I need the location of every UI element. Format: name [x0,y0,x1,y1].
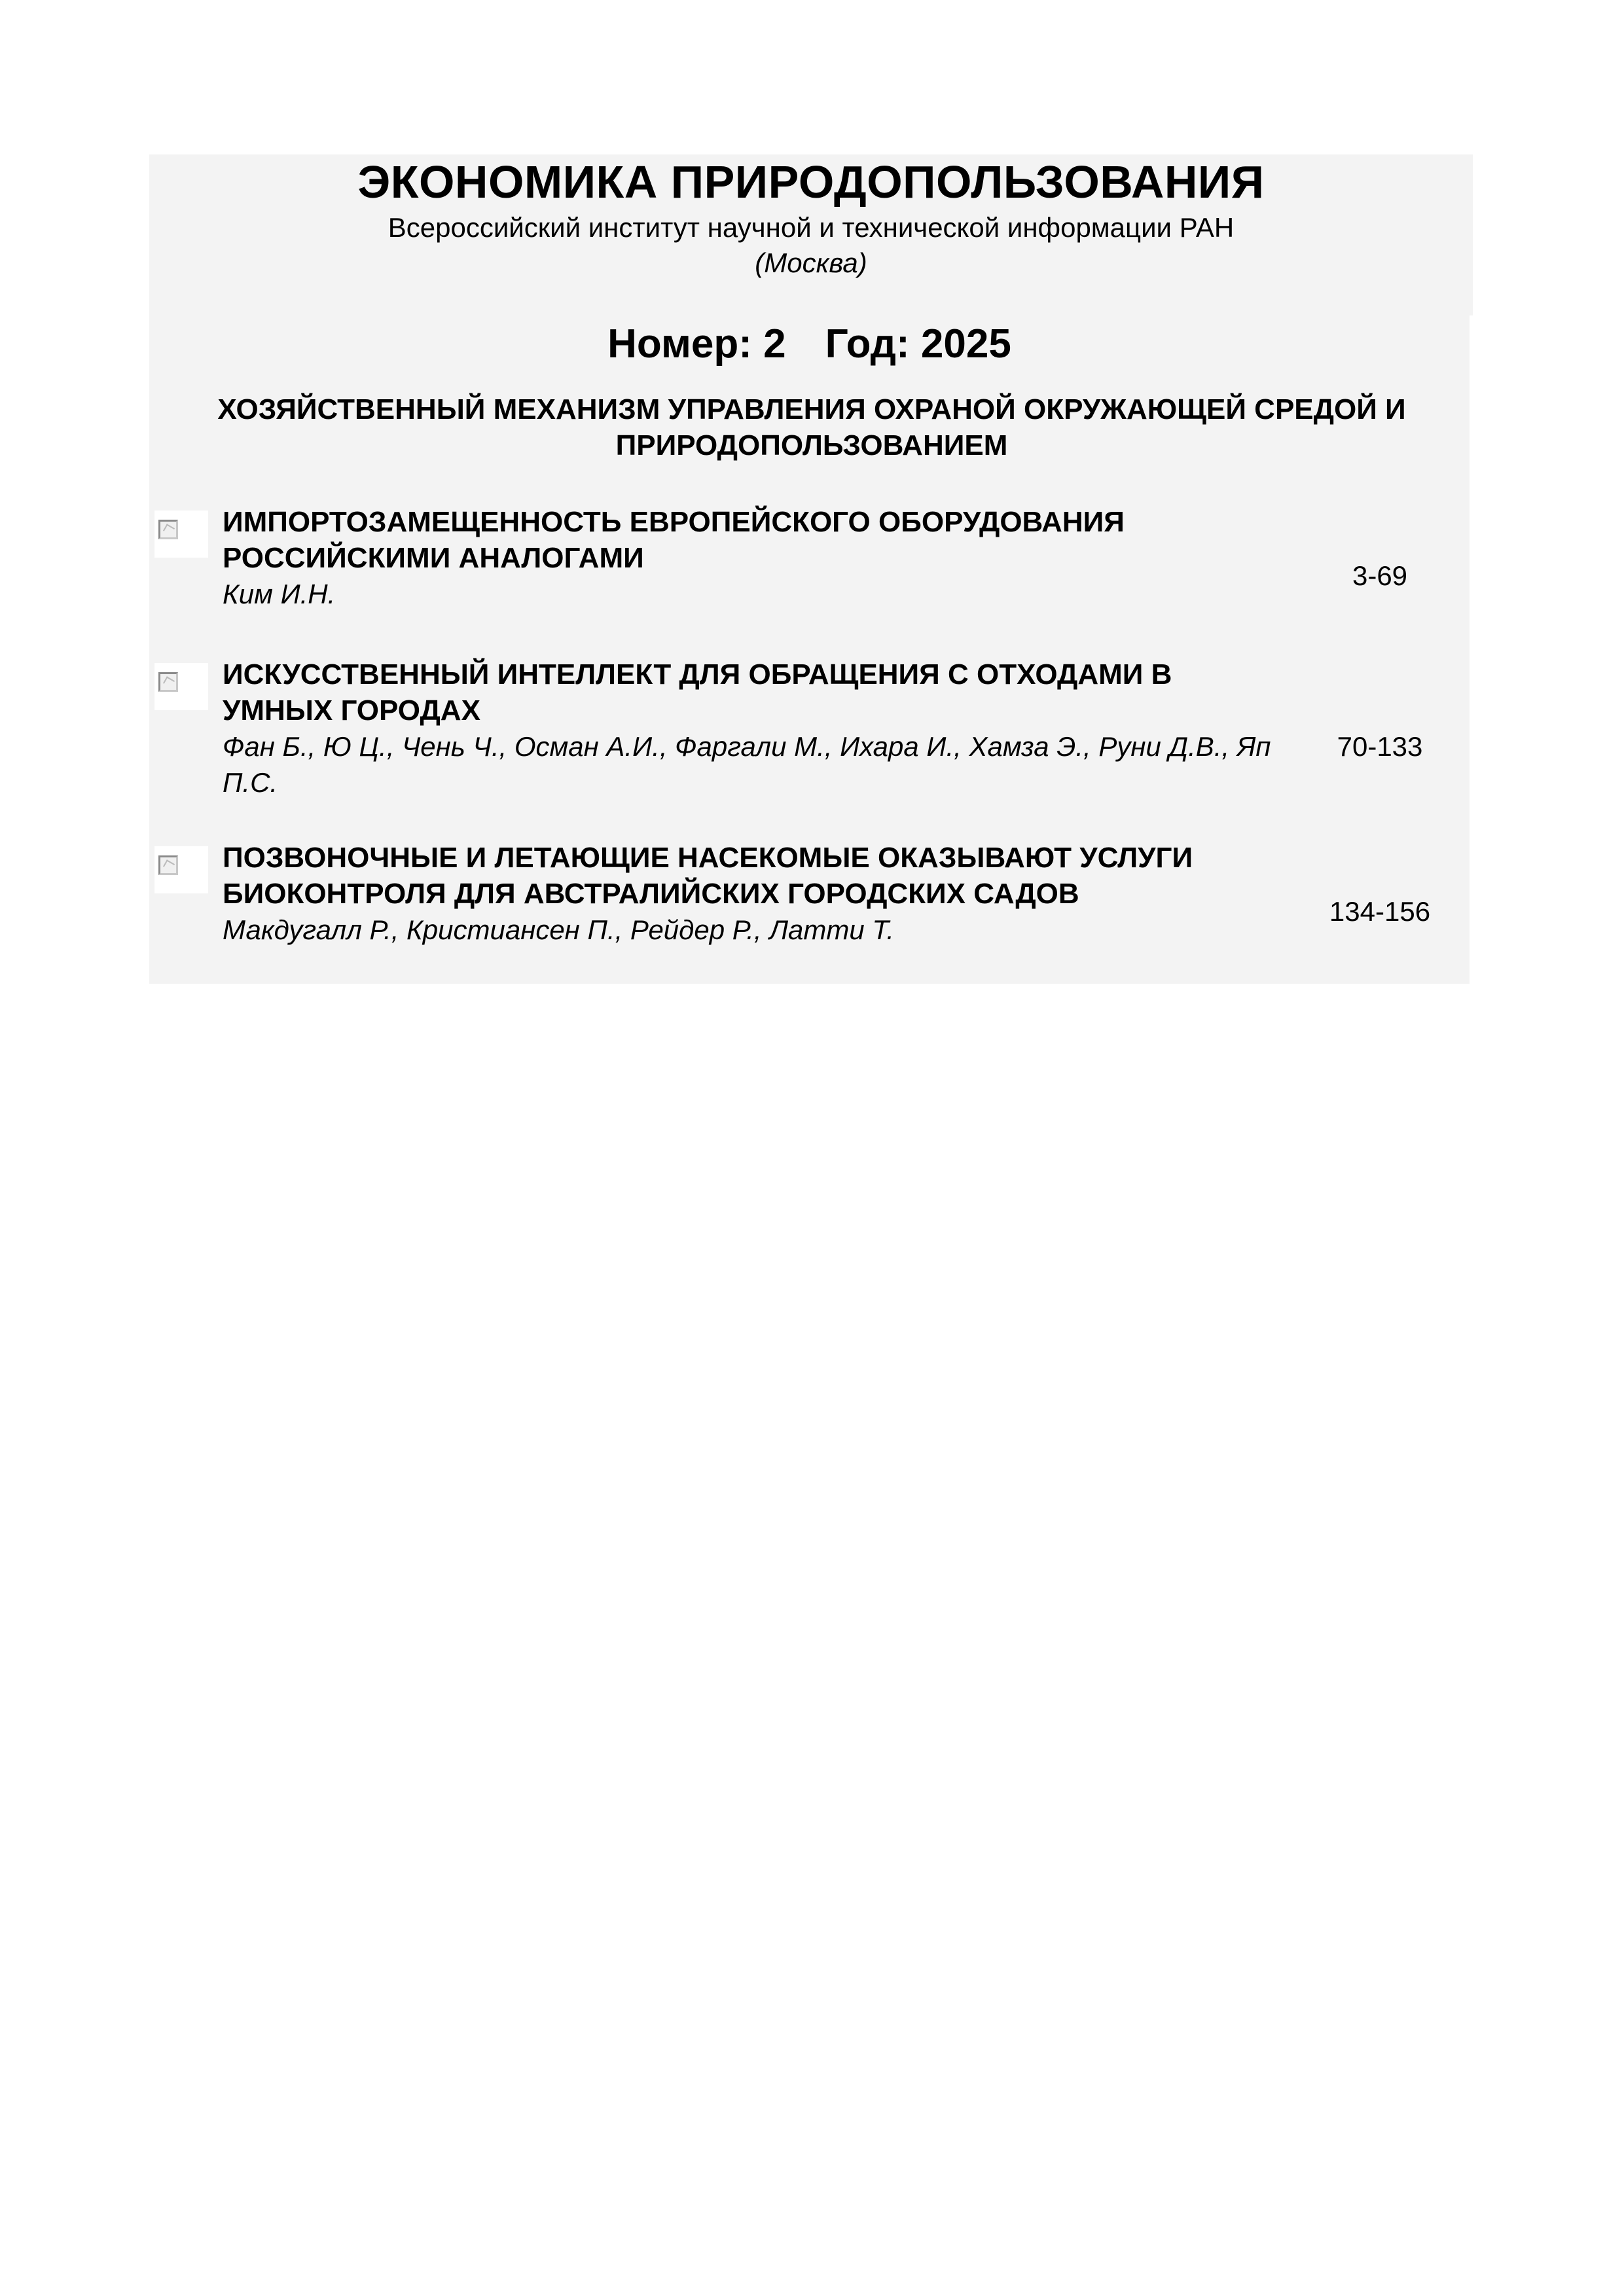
article-authors: Фан Б., Ю Ц., Чень Ч., Осман А.И., Фарга… [223,728,1303,800]
article-authors: Макдугалл Р., Кристиансен П., Рейдер Р.,… [223,912,1303,948]
article-title[interactable]: ИСКУССТВЕННЫЙ ИНТЕЛЛЕКТ ДЛЯ ОБРАЩЕНИЯ С … [223,656,1283,728]
issue-year: Год: 2025 [825,319,1011,369]
article-authors: Ким И.Н. [223,576,1303,612]
publisher: Всероссийский институт научной и техниче… [149,211,1473,245]
issue-number: Номер: 2 [607,319,785,369]
broken-image-icon [154,511,208,558]
publisher-city: (Москва) [149,246,1473,280]
article-pages: 70-133 [1301,728,1458,764]
broken-image-icon [154,663,208,710]
article-pages: 134-156 [1301,893,1458,929]
broken-image-icon [154,846,208,893]
section-title: ХОЗЯЙСТВЕННЫЙ МЕХАНИЗМ УПРАВЛЕНИЯ ОХРАНО… [170,391,1453,463]
issue-info: Номер: 2Год: 2025 [149,319,1470,369]
article-title[interactable]: ПОЗВОНОЧНЫЕ И ЛЕТАЮЩИЕ НАСЕКОМЫЕ ОКАЗЫВА… [223,840,1283,912]
journal-title: ЭКОНОМИКА ПРИРОДОПОЛЬЗОВАНИЯ [149,156,1473,208]
article-title[interactable]: ИМПОРТОЗАМЕЩЕННОСТЬ ЕВРОПЕЙСКОГО ОБОРУДО… [223,504,1283,576]
article-pages: 3-69 [1301,558,1458,594]
